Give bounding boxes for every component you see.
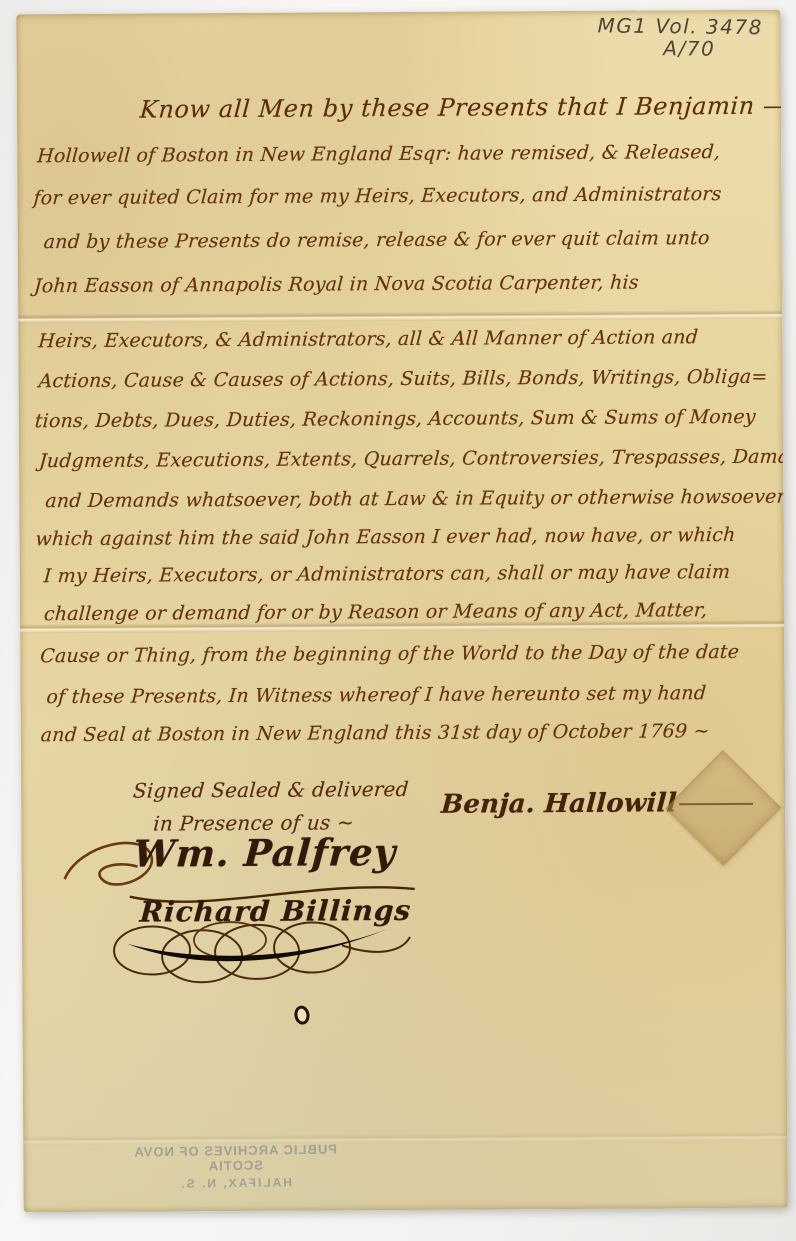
archive-stamp-mirrored: PUBLIC ARCHIVES OF NOVA SCOTIA HALIFAX, … xyxy=(109,1141,362,1192)
manuscript-line: tions, Debts, Dues, Duties, Reckonings, … xyxy=(34,406,756,432)
manuscript-line: challenge or demand for or by Reason or … xyxy=(43,599,708,625)
manuscript-line: Judgments, Executions, Extents, Quarrels… xyxy=(38,445,787,472)
manuscript-line: and Seal at Boston in New England this 3… xyxy=(40,720,710,746)
palfrey-signature: Wm. Palfrey xyxy=(132,830,398,876)
manuscript-line: and Demands whatsoever, both at Law & in… xyxy=(45,486,788,513)
manuscript-line: John Easson of Annapolis Royal in Nova S… xyxy=(33,272,639,298)
manuscript-line: Actions, Cause & Causes of Actions, Suit… xyxy=(38,366,768,392)
archive-stamp-line1: PUBLIC ARCHIVES OF NOVA SCOTIA xyxy=(109,1141,361,1175)
witness-note-line: Signed Sealed & delivered xyxy=(132,777,409,803)
hallowell-signature-text: Benja. Hallowill xyxy=(440,788,677,819)
document-photo: MG1 Vol. 3478 A/70 Know all Men by these… xyxy=(0,0,796,1241)
manuscript-line: which against him the said John Easson I… xyxy=(35,524,736,550)
wax-wafer-seal xyxy=(665,750,781,866)
manuscript-line: Heirs, Executors, & Administrators, all … xyxy=(38,326,699,352)
manuscript-line: Know all Men by these Presents that I Be… xyxy=(139,92,788,124)
archive-pencil-note: MG1 Vol. 3478 A/70 xyxy=(597,13,763,61)
manuscript-line: and by these Presents do remise, release… xyxy=(43,227,710,253)
billings-signature: Richard Billings xyxy=(139,894,413,929)
manuscript-line: I my Heirs, Executors, or Administrators… xyxy=(43,561,731,587)
manuscript-line: Hollowell of Boston in New England Esqr:… xyxy=(37,141,721,167)
archive-stamp-line2: HALIFAX, N. S. xyxy=(110,1174,362,1192)
manuscript-paper: MG1 Vol. 3478 A/70 Know all Men by these… xyxy=(16,10,787,1213)
ink-hole-mark xyxy=(293,1005,311,1026)
fold-crease-bottom xyxy=(23,1132,787,1146)
manuscript-line: Cause or Thing, from the beginning of th… xyxy=(40,641,740,667)
fold-crease-top xyxy=(18,310,782,324)
manuscript-line: for ever quited Claim for me my Heirs, E… xyxy=(33,183,723,209)
manuscript-line: of these Presents, In Witness whereof I … xyxy=(46,682,707,708)
archive-item-number: A/70 xyxy=(663,36,763,61)
